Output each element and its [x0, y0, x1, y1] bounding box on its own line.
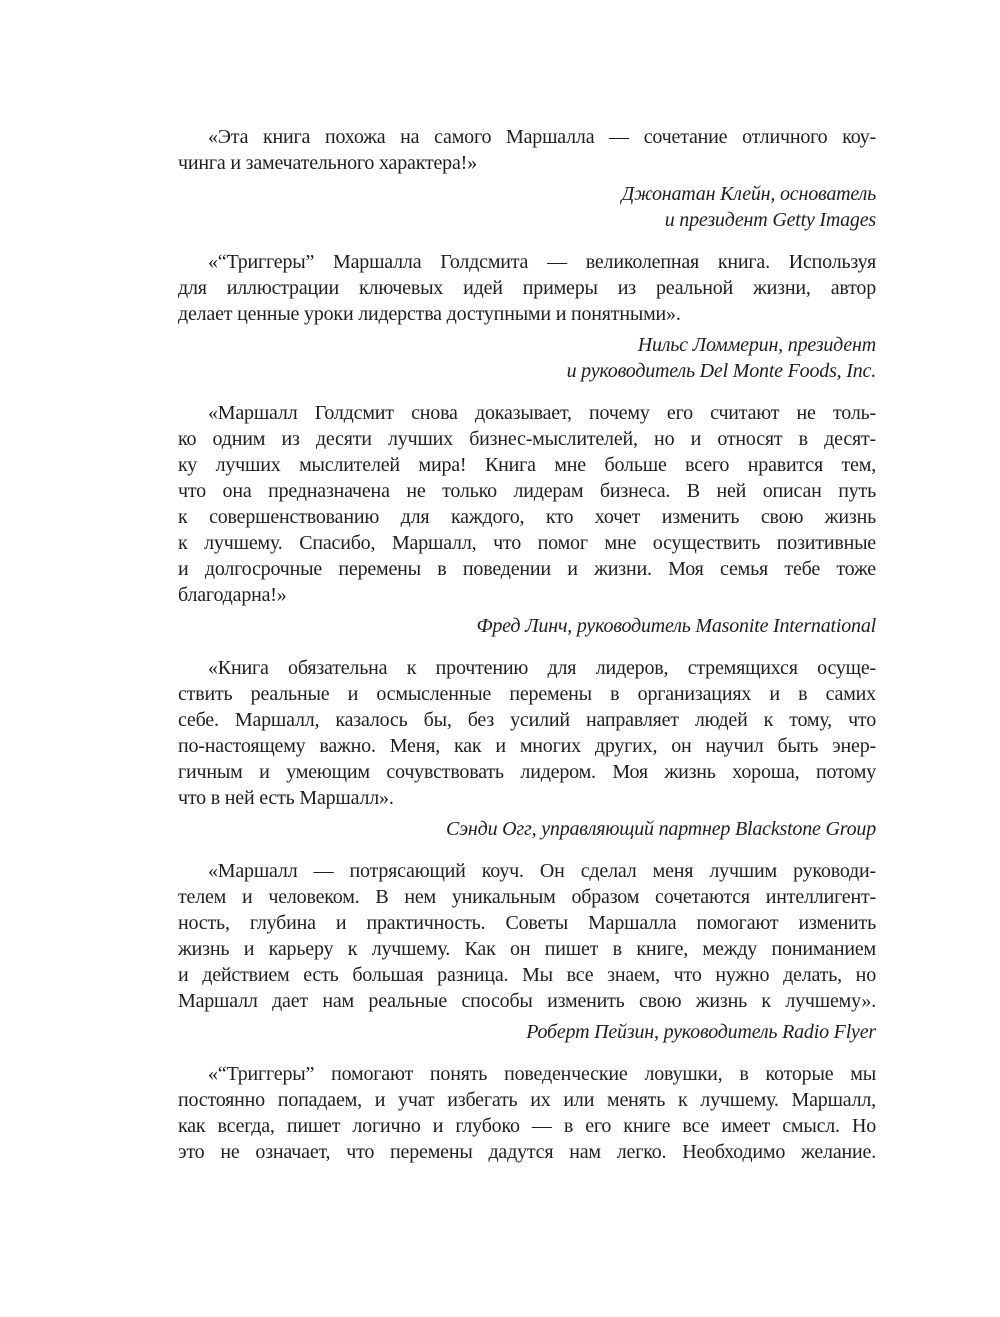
quote-attribution: Фред Линч, руководитель Masonite Interna…	[178, 613, 876, 639]
attribution-line: Роберт Пейзин, руководитель Radio Flyer	[178, 1019, 876, 1045]
quote-line: чинга и замечательного характера!»	[178, 150, 876, 176]
testimonial-block-4: «Книга обязательна к прочтению для лидер…	[178, 655, 876, 842]
quote-line: ку лучших мыслителей мира! Книга мне бол…	[178, 452, 876, 478]
testimonial-block-1: «Эта книга похожа на самого Маршалла — с…	[178, 124, 876, 233]
quote-line: «Маршалл Голдсмит снова доказывает, поче…	[178, 400, 876, 426]
quote-text: «“Триггеры” помогают понять поведенчески…	[178, 1061, 876, 1165]
quote-line: благодарна!»	[178, 582, 876, 608]
quote-text: «Маршалл — потрясающий коуч. Он сделал м…	[178, 858, 876, 1014]
quote-line: и действием есть большая разница. Мы все…	[178, 962, 876, 988]
testimonial-block-2: «“Триггеры” Маршалла Голдсмита — великол…	[178, 249, 876, 384]
quote-line: «“Триггеры” Маршалла Голдсмита — великол…	[178, 249, 876, 275]
quote-text: «Маршалл Голдсмит снова доказывает, поче…	[178, 400, 876, 608]
quote-line: что в ней есть Маршалл».	[178, 785, 876, 811]
quote-text: «Эта книга похожа на самого Маршалла — с…	[178, 124, 876, 176]
quote-line: себе. Маршалл, казалось бы, без усилий н…	[178, 707, 876, 733]
quote-line: для иллюстрации ключевых идей примеры из…	[178, 275, 876, 301]
testimonial-block-5: «Маршалл — потрясающий коуч. Он сделал м…	[178, 858, 876, 1045]
quote-line: к совершенствованию для каждого, кто хоч…	[178, 504, 876, 530]
quote-line: Маршалл дает нам реальные способы измени…	[178, 988, 876, 1014]
quote-line: ко одним из десяти лучших бизнес-мыслите…	[178, 426, 876, 452]
quote-attribution: Нильс Ломмерин, президент и руководитель…	[178, 332, 876, 384]
attribution-line: и руководитель Del Monte Foods, Inc.	[178, 358, 876, 384]
quote-line: делает ценные уроки лидерства доступными…	[178, 301, 876, 327]
quote-line: «Эта книга похожа на самого Маршалла — с…	[178, 124, 876, 150]
book-page: «Эта книга похожа на самого Маршалла — с…	[178, 124, 876, 1165]
quote-line: к лучшему. Спасибо, Маршалл, что помог м…	[178, 530, 876, 556]
quote-line: это не означает, что перемены дадутся на…	[178, 1139, 876, 1165]
attribution-line: Джонатан Клейн, основатель	[178, 181, 876, 207]
quote-line: постоянно попадаем, и учат избегать их и…	[178, 1087, 876, 1113]
quote-line: как всегда, пишет логично и глубоко — в …	[178, 1113, 876, 1139]
quote-attribution: Сэнди Огг, управляющий партнер Blackston…	[178, 816, 876, 842]
quote-line: по-настоящему важно. Меня, как и многих …	[178, 733, 876, 759]
testimonial-block-3: «Маршалл Голдсмит снова доказывает, поче…	[178, 400, 876, 639]
quote-line: жизнь и карьеру к лучшему. Как он пишет …	[178, 936, 876, 962]
attribution-line: Фред Линч, руководитель Masonite Interna…	[178, 613, 876, 639]
quote-attribution: Роберт Пейзин, руководитель Radio Flyer	[178, 1019, 876, 1045]
quote-line: гичным и умеющим сочувствовать лидером. …	[178, 759, 876, 785]
quote-line: телем и человеком. В нем уникальным обра…	[178, 884, 876, 910]
quote-line: ность, глубина и практичность. Советы Ма…	[178, 910, 876, 936]
quote-text: «Книга обязательна к прочтению для лидер…	[178, 655, 876, 811]
quote-line: «“Триггеры” помогают понять поведенчески…	[178, 1061, 876, 1087]
attribution-line: и президент Getty Images	[178, 207, 876, 233]
quote-line: и долгосрочные перемены в поведении и жи…	[178, 556, 876, 582]
attribution-line: Нильс Ломмерин, президент	[178, 332, 876, 358]
quote-line: что она предназначена не только лидерам …	[178, 478, 876, 504]
attribution-line: Сэнди Огг, управляющий партнер Blackston…	[178, 816, 876, 842]
quote-line: «Книга обязательна к прочтению для лидер…	[178, 655, 876, 681]
quote-text: «“Триггеры” Маршалла Голдсмита — великол…	[178, 249, 876, 327]
quote-line: «Маршалл — потрясающий коуч. Он сделал м…	[178, 858, 876, 884]
quote-attribution: Джонатан Клейн, основатель и президент G…	[178, 181, 876, 233]
testimonial-block-6: «“Триггеры” помогают понять поведенчески…	[178, 1061, 876, 1165]
quote-line: ствить реальные и осмысленные перемены в…	[178, 681, 876, 707]
